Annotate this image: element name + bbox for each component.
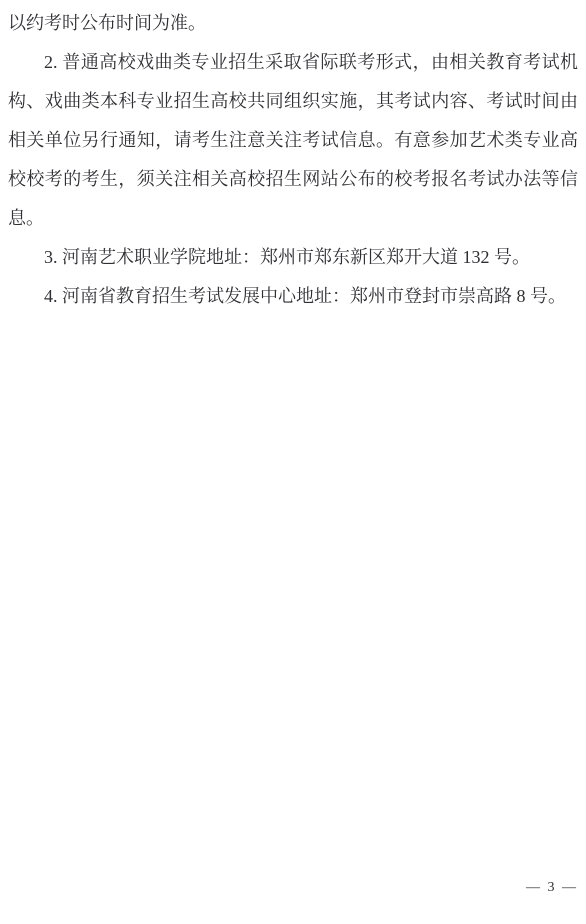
document-page: 以约考时公布时间为准。 2. 普通高校戏曲类专业招生采取省际联考形式，由相关教育… <box>0 0 586 924</box>
paragraph-item-3: 3. 河南艺术职业学院地址：郑州市郑东新区郑开大道 132 号。 <box>8 238 578 277</box>
paragraph-continuation: 以约考时公布时间为准。 <box>8 4 578 43</box>
paragraph-item-2: 2. 普通高校戏曲类专业招生采取省际联考形式，由相关教育考试机构、戏曲类本科专业… <box>8 43 578 238</box>
paragraph-item-4: 4. 河南省教育招生考试发展中心地址：郑州市登封市崇高路 8 号。 <box>8 277 578 316</box>
page-number: — 3 — <box>526 880 578 896</box>
document-body: 以约考时公布时间为准。 2. 普通高校戏曲类专业招生采取省际联考形式，由相关教育… <box>8 4 578 316</box>
